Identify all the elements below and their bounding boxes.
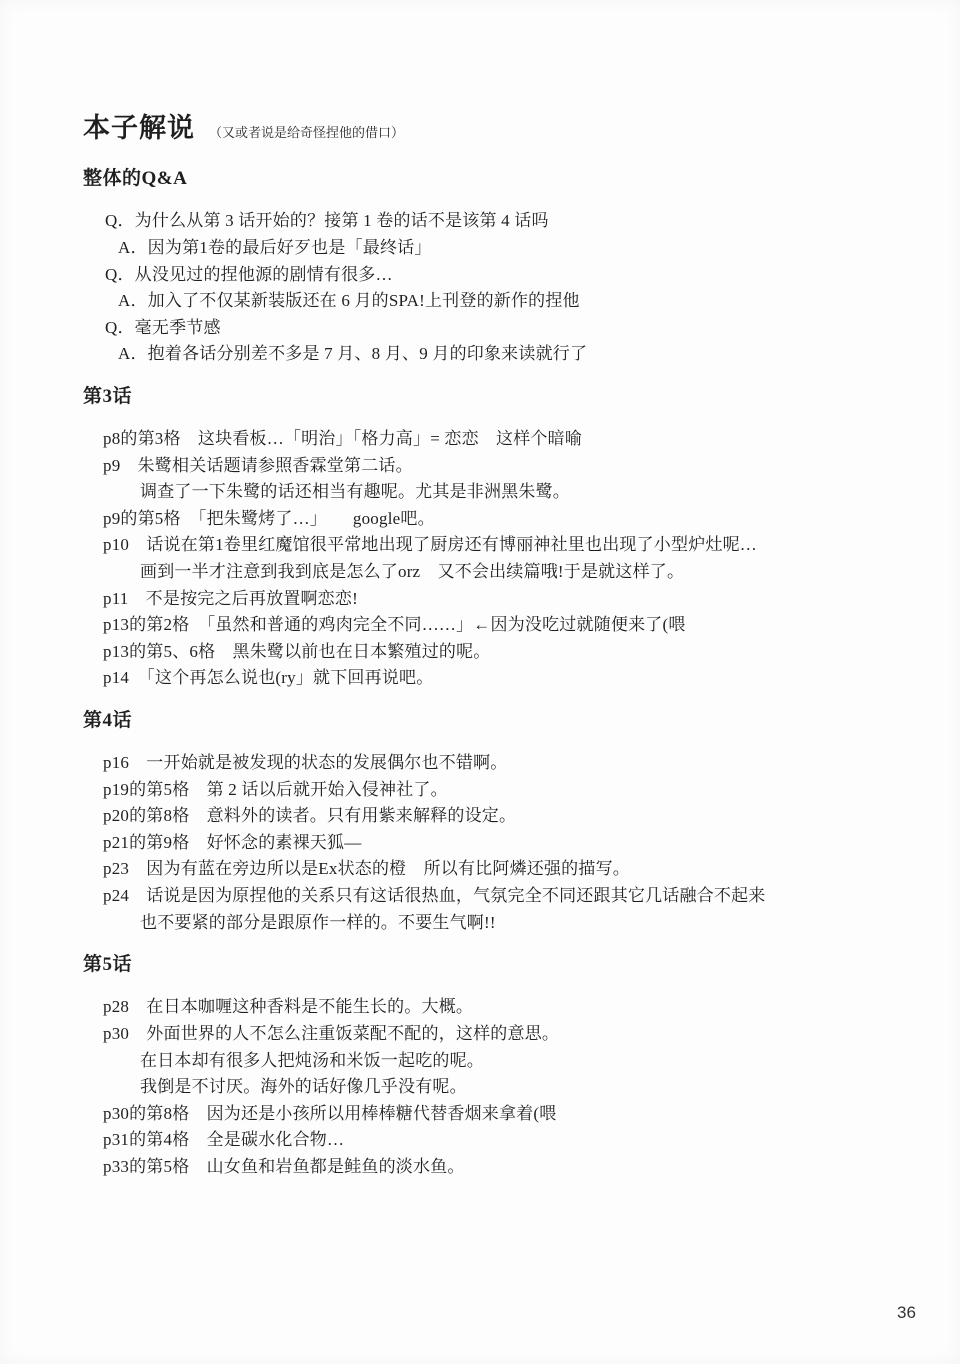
qa-question-line: Q．从没见过的捏他源的剧情有很多… — [105, 262, 960, 289]
section-heading: 整体的Q&A — [83, 166, 960, 193]
section-heading: 第3话 — [83, 384, 960, 411]
note-line: p20的第8格 意料外的读者。只有用紫来解释的设定。 — [103, 803, 960, 830]
qa-answer-line: A．加入了不仅某新装版还在 6 月的SPA!上刊登的新作的捏他 — [118, 288, 960, 315]
page-title: 本子解说 — [83, 113, 195, 143]
note-line: p9 朱鹭相关话题请参照香霖堂第二话。 — [103, 453, 960, 480]
qa-question-line: Q．毫无季节感 — [105, 315, 960, 342]
title-row: 本子解说（又或者说是给奇怪捏他的借口） — [83, 112, 960, 144]
section-heading: 第5话 — [83, 952, 960, 979]
note-line: p21的第9格 好怀念的素裸天狐— — [103, 830, 960, 857]
note-continuation-line: 在日本却有很多人把炖汤和米饭一起吃的呢。 — [140, 1048, 960, 1075]
section-chapter-3: 第3话 p8的第3格 这块看板…「明治」「格力高」= 恋恋 这样个暗喻 p9 朱… — [0, 384, 960, 692]
note-continuation-line: 也不要紧的部分是跟原作一样的。不要生气啊!! — [140, 910, 960, 937]
note-continuation-line: 调查了一下朱鹭的话还相当有趣呢。尤其是非洲黑朱鹭。 — [140, 479, 960, 506]
document-page: 本子解说（又或者说是给奇怪捏他的借口） 整体的Q&A Q．为什么从第 3 话开始… — [0, 0, 960, 1364]
qa-answer-line: A．抱着各话分别差不多是 7 月、8 月、9 月的印象来读就行了 — [118, 341, 960, 368]
note-line: p10 话说在第1卷里红魔馆很平常地出现了厨房还有博丽神社里也出现了小型炉灶呢… — [103, 532, 960, 559]
note-line: p30的第8格 因为还是小孩所以用棒棒糖代替香烟来拿着(喂 — [103, 1101, 960, 1128]
section-heading: 第4话 — [83, 708, 960, 735]
note-line: p31的第4格 全是碳水化合物… — [103, 1127, 960, 1154]
note-line: p13的第2格 「虽然和普通的鸡肉完全不同……」←因为没吃过就随便来了(喂 — [103, 612, 960, 639]
section-chapter-4: 第4话 p16 一开始就是被发现的状态的发展偶尔也不错啊。 p19的第5格 第 … — [0, 708, 960, 937]
note-line: p30 外面世界的人不怎么注重饭菜配不配的，这样的意思。 — [103, 1021, 960, 1048]
note-line: p13的第5、6格 黑朱鹭以前也在日本繁殖过的呢。 — [103, 639, 960, 666]
note-line: p33的第5格 山女鱼和岩鱼都是鲑鱼的淡水鱼。 — [103, 1154, 960, 1181]
note-line: p19的第5格 第 2 话以后就开始入侵神社了。 — [103, 777, 960, 804]
qa-question-line: Q．为什么从第 3 话开始的？接第 1 卷的话不是该第 4 话吗 — [105, 208, 960, 235]
section-chapter-5: 第5话 p28 在日本咖喱这种香料是不能生长的。大概。 p30 外面世界的人不怎… — [0, 952, 960, 1181]
note-line: p8的第3格 这块看板…「明治」「格力高」= 恋恋 这样个暗喻 — [103, 426, 960, 453]
note-line: p11 不是按完之后再放置啊恋恋! — [103, 586, 960, 613]
document-content: 本子解说（又或者说是给奇怪捏他的借口） 整体的Q&A Q．为什么从第 3 话开始… — [0, 112, 960, 1181]
note-line: p24 话说是因为原捏他的关系只有这话很热血，气氛完全不同还跟其它几话融合不起来 — [103, 883, 960, 910]
page-subtitle: （又或者说是给奇怪捏他的借口） — [209, 125, 404, 140]
qa-answer-line: A．因为第1卷的最后好歹也是「最终话」 — [118, 235, 960, 262]
page-number: 36 — [897, 1303, 916, 1323]
note-continuation-line: 画到一半才注意到我到底是怎么了orz 又不会出续篇哦!于是就这样了。 — [140, 559, 960, 586]
note-continuation-line: 我倒是不讨厌。海外的话好像几乎没有呢。 — [140, 1074, 960, 1101]
note-line: p23 因为有蓝在旁边所以是Ex状态的橙 所以有比阿燐还强的描写。 — [103, 856, 960, 883]
section-overall-qa: 整体的Q&A Q．为什么从第 3 话开始的？接第 1 卷的话不是该第 4 话吗 … — [0, 166, 960, 368]
note-line: p9的第5格 「把朱鹭烤了…」 google吧。 — [103, 506, 960, 533]
note-line: p14 「这个再怎么说也(ry」就下回再说吧。 — [103, 665, 960, 692]
note-line: p16 一开始就是被发现的状态的发展偶尔也不错啊。 — [103, 750, 960, 777]
note-line: p28 在日本咖喱这种香料是不能生长的。大概。 — [103, 994, 960, 1021]
